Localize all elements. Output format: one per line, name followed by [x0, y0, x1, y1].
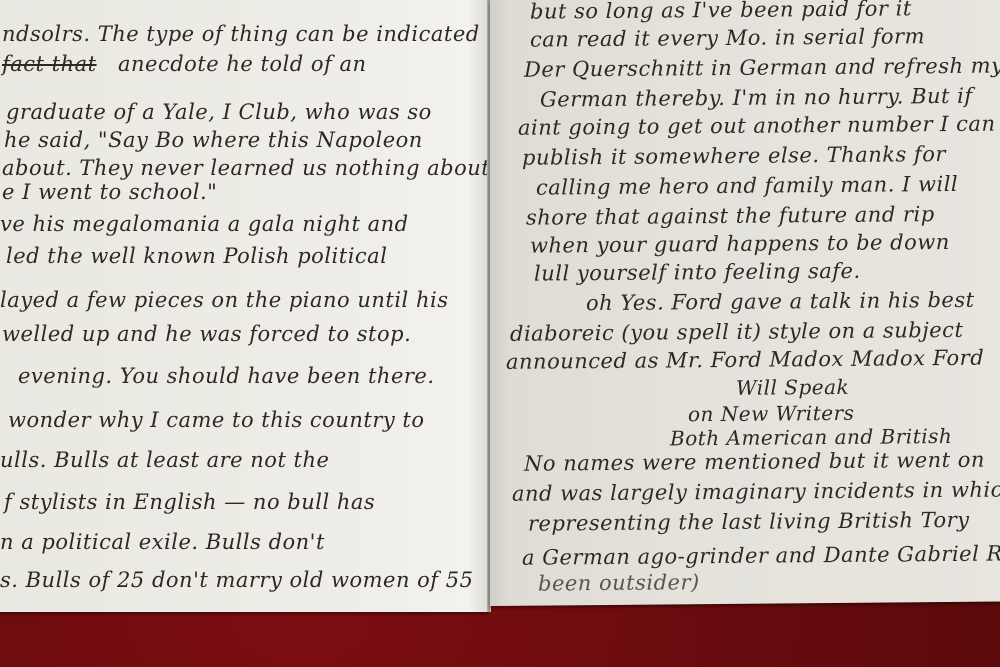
- handwritten-line: been outsider): [538, 570, 700, 595]
- letter-page-left: ndsolrs. The type of thing can be indica…: [0, 0, 488, 612]
- handwritten-line: and was largely imaginary incidents in w…: [512, 477, 1000, 505]
- handwritten-line: publish it somewhere else. Thanks for: [522, 142, 946, 170]
- handwritten-line: but so long as I've been paid for it: [530, 0, 912, 24]
- handwritten-line: calling me hero and family man. I will: [536, 172, 958, 200]
- announcement-line: Both American and British: [670, 424, 952, 450]
- announcement-line: Will Speak: [736, 375, 849, 400]
- handwritten-line: a German ago-grinder and Dante Gabriel R: [522, 542, 1000, 570]
- handwritten-line: ve his megalomania a gala night and: [0, 212, 409, 236]
- handwritten-line: layed a few pieces on the piano until hi…: [0, 288, 448, 312]
- handwritten-line: anecdote he told of an: [118, 52, 367, 76]
- handwritten-line: shore that against the future and rip: [526, 202, 935, 230]
- handwritten-line: when your guard happens to be down: [530, 230, 950, 258]
- handwritten-line: welled up and he was forced to stop.: [2, 322, 411, 346]
- handwritten-line: representing the last living British Tor…: [528, 508, 970, 536]
- handwritten-line: n a political exile. Bulls don't: [0, 530, 325, 554]
- handwritten-line: led the well known Polish political: [6, 244, 387, 268]
- handwritten-line: announced as Mr. Ford Madox Madox Ford: [506, 346, 984, 374]
- handwritten-line: e I went to school.": [2, 180, 217, 204]
- announcement-line: on New Writers: [688, 401, 854, 426]
- handwritten-line: ndsolrs. The type of thing can be indica…: [2, 22, 480, 46]
- handwritten-line: about. They never learned us nothing abo…: [2, 156, 488, 180]
- handwritten-line: diaboreic (you spell it) style on a subj…: [510, 318, 963, 346]
- handwritten-line: oh Yes. Ford gave a talk in his best: [586, 288, 975, 315]
- handwritten-line: graduate of a Yale, I Club, who was so: [6, 100, 432, 124]
- handwritten-line: ulls. Bulls at least are not the: [0, 448, 329, 472]
- handwritten-line: f stylists in English — no bull has: [4, 490, 375, 514]
- handwritten-line: No names were mentioned but it went on: [524, 448, 985, 476]
- handwritten-line: wonder why I came to this country to: [8, 408, 424, 432]
- letter-page-right: but so long as I've been paid for it can…: [490, 0, 1000, 606]
- handwritten-line: lull yourself into feeling safe.: [534, 259, 861, 286]
- handwritten-line: German thereby. I'm in no hurry. But if: [540, 84, 973, 112]
- handwritten-line: aint going to get out another number I c…: [518, 112, 995, 140]
- handwritten-line: can read it every Mo. in serial form: [530, 24, 925, 51]
- struck-out-text: fact that: [2, 52, 97, 76]
- handwritten-line: s. Bulls of 25 don't marry old women of …: [0, 568, 473, 592]
- handwritten-line: Der Querschnitt in German and refresh my: [524, 54, 1000, 82]
- handwritten-line: evening. You should have been there.: [18, 364, 435, 388]
- handwritten-line: he said, "Say Bo where this Napoleon: [4, 128, 423, 152]
